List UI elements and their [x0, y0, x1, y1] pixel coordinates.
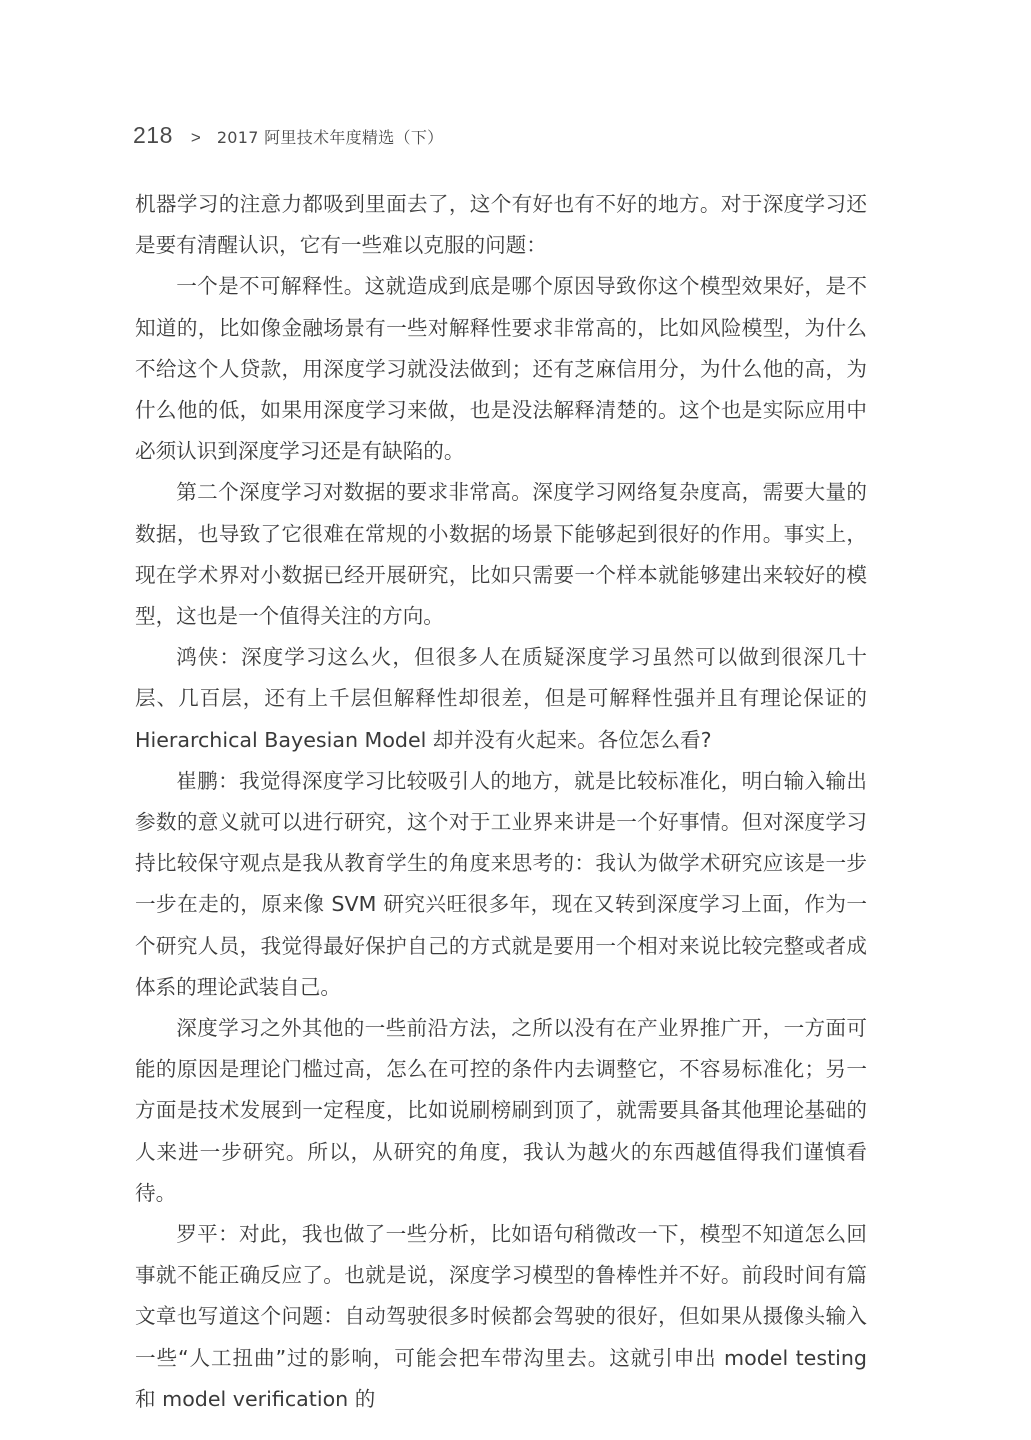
paragraph-data-requirements: 第二个深度学习对数据的要求非常高。深度学习网络复杂度高，需要大量的数据，也导致了…: [135, 472, 867, 637]
page-body: 机器学习的注意力都吸到里面去了，这个有好也有不好的地方。对于深度学习还是要有清醒…: [135, 184, 867, 1420]
paragraph-interpretability: 一个是不可解释性。这就造成到底是哪个原因导致你这个模型效果好，是不知道的，比如像…: [135, 266, 867, 472]
breadcrumb-separator-icon: >: [191, 128, 201, 148]
paragraph-answer-cuipeng: 崔鹏：我觉得深度学习比较吸引人的地方，就是比较标准化，明白输入输出参数的意义就可…: [135, 761, 867, 1008]
paragraph-question-hongxia: 鸿侠：深度学习这么火，但很多人在质疑深度学习虽然可以做到很深几十层、几百层，还有…: [135, 637, 867, 761]
book-title: 2017 阿里技术年度精选（下）: [217, 125, 444, 148]
running-header: 218 > 2017 阿里技术年度精选（下）: [133, 122, 443, 156]
page-number: 218: [133, 122, 173, 149]
paragraph-frontier-methods: 深度学习之外其他的一些前沿方法，之所以没有在产业界推广开，一方面可能的原因是理论…: [135, 1008, 867, 1214]
paragraph-answer-luoping: 罗平：对此，我也做了一些分析，比如语句稍微改一下，模型不知道怎么回事就不能正确反…: [135, 1214, 867, 1420]
paragraph-intro-continued: 机器学习的注意力都吸到里面去了，这个有好也有不好的地方。对于深度学习还是要有清醒…: [135, 184, 867, 266]
